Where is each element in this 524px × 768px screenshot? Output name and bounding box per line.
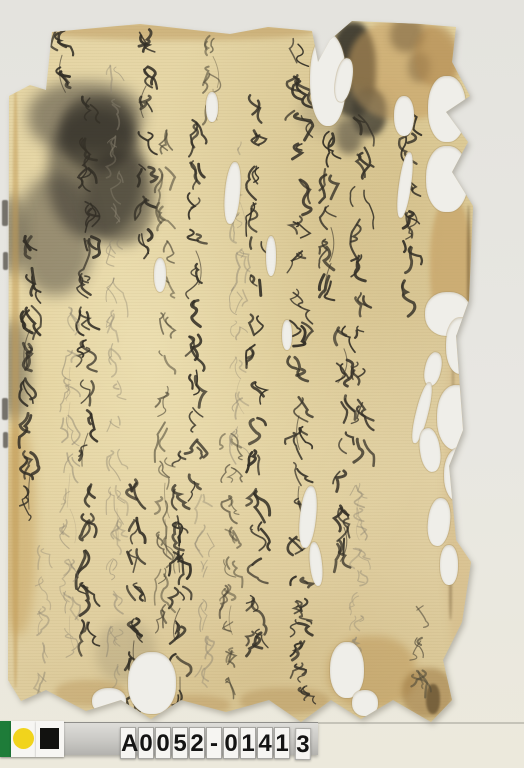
label-tile: 0 <box>223 727 239 759</box>
reference-label: A0052-01413 <box>120 727 312 761</box>
text-column <box>106 66 128 688</box>
manuscript-paper-wrapper <box>0 0 524 768</box>
text-column <box>19 237 41 521</box>
text-column <box>51 29 73 92</box>
label-tile: 5 <box>172 727 188 759</box>
text-column <box>319 63 341 301</box>
label-tile: 1 <box>240 727 256 759</box>
label-tile: A <box>120 727 136 759</box>
fragment-ink-mark <box>3 432 8 448</box>
fragment-ink-mark <box>3 252 8 270</box>
text-column <box>285 39 313 555</box>
text-column <box>350 484 371 674</box>
calligraphy-ink-layer <box>0 0 524 768</box>
label-tile: 4 <box>257 727 273 759</box>
text-column <box>60 308 80 658</box>
text-column <box>399 105 422 316</box>
label-tile: - <box>206 727 222 759</box>
manuscript-paper <box>0 0 524 768</box>
text-column <box>169 452 192 719</box>
text-column <box>135 30 157 259</box>
text-column <box>76 97 100 656</box>
text-column <box>333 326 355 571</box>
text-column <box>350 115 374 466</box>
photo-backdrop: A0052-01413 <box>0 0 524 768</box>
label-tile: 0 <box>155 727 171 759</box>
fragment-ink-mark <box>2 200 8 226</box>
black-square <box>40 728 59 749</box>
label-tile: 2 <box>189 727 205 759</box>
text-column <box>125 480 145 718</box>
text-column <box>203 36 221 125</box>
yellow-circle-patch <box>11 721 36 757</box>
label-tile: 3 <box>295 728 312 760</box>
text-column <box>195 495 214 687</box>
text-column <box>185 120 207 501</box>
label-tile: 1 <box>274 727 290 759</box>
label-tile: 0 <box>138 727 154 759</box>
text-column <box>34 546 52 698</box>
black-square-patch <box>36 721 64 757</box>
green-patch <box>0 721 11 757</box>
fragment-ink-mark <box>2 398 8 420</box>
text-column <box>290 577 315 704</box>
yellow-circle <box>13 728 34 749</box>
text-column <box>246 95 270 656</box>
text-column <box>220 434 243 699</box>
text-column <box>410 606 431 698</box>
text-column <box>155 130 176 633</box>
